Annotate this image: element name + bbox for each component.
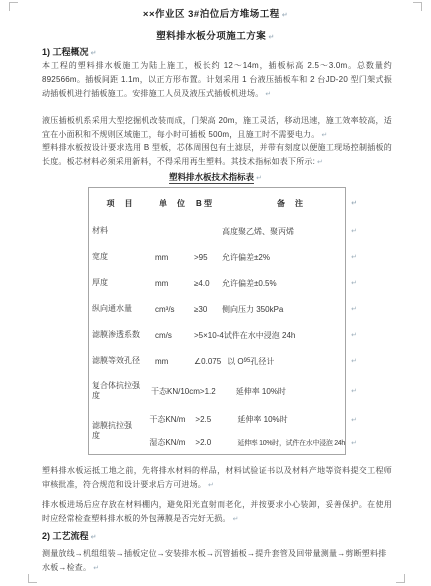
cell-unit: 干态KN/m bbox=[145, 414, 195, 425]
paragraph-text: 排水板进场后应存放在材料棚内，避免阳光直射而老化，并按要求小心装卸，妥善保护。在… bbox=[42, 500, 392, 523]
cell-value-note: 干态KN/10cm>1.2延伸率 10%时 bbox=[151, 386, 345, 397]
cell-value: ≥4.0 bbox=[194, 279, 222, 288]
paragraph-mark-icon: ↵ bbox=[351, 387, 357, 395]
section-2-heading-text: 2) 工艺流程 bbox=[42, 531, 89, 541]
table-row-composite-strength: 复合体抗拉强度 干态KN/10cm>1.2延伸率 10%时 ↵ bbox=[89, 374, 345, 408]
cell-note: 延伸率 10%时 bbox=[237, 414, 345, 425]
table-subrow-dry: 干态KN/m >2.5 延伸率 10%时 ↵ bbox=[145, 408, 345, 431]
corner-mark-bottom-right bbox=[396, 574, 405, 583]
doc-title-line-1: ××作业区 3#泊位后方堆场工程↵ bbox=[0, 6, 431, 20]
doc-title-text: ××作业区 3#泊位后方堆场工程 bbox=[143, 9, 280, 20]
paragraph-mark-icon: ↵ bbox=[351, 199, 357, 207]
cell-note: 试件在水中浸泡 24h bbox=[224, 330, 296, 341]
intro-paragraph-2: 液压插板机系采用大型挖掘机改装而成，门架高 20m，施工灵活，移动迅速，施工效率… bbox=[42, 114, 392, 143]
cell-value: ≥30 bbox=[194, 305, 222, 314]
paragraph-mark-icon: ↵ bbox=[351, 279, 357, 287]
paragraph-mark-icon: ↵ bbox=[91, 534, 97, 541]
cell-value: >1.2 bbox=[200, 387, 216, 396]
cell-note: 允许偏差±0.5% bbox=[222, 278, 345, 289]
cell-item: 纵向通水量 bbox=[89, 304, 151, 314]
paragraph-mark-icon: ↵ bbox=[351, 331, 357, 339]
cell-unit: mm bbox=[151, 357, 194, 366]
corner-mark-bottom-left bbox=[28, 574, 37, 583]
cell-note-suffix: 孔径计 bbox=[250, 356, 274, 367]
cell-unit: 干态KN/10cm bbox=[151, 386, 200, 397]
paragraph-mark-icon: ↵ bbox=[351, 227, 357, 235]
cell-unit: mm bbox=[151, 253, 194, 262]
process-flow-paragraph: 测量放线→机组组装→插板定位→安装排水板→沉管插板→提升套管及回带量测量→剪断塑… bbox=[42, 547, 392, 576]
section-1-heading: 1) 工程概况↵ bbox=[42, 45, 96, 58]
paragraph-mark-icon: ↵ bbox=[351, 439, 357, 447]
cell-item: 复合体抗拉强度 bbox=[89, 381, 151, 401]
cell-value: >2.0 bbox=[195, 438, 237, 447]
cell-item: 宽度 bbox=[89, 252, 151, 262]
after-paragraph-2: 排水板进场后应存放在材料棚内，避免阳光直射而老化，并按要求小心装卸，妥善保护。在… bbox=[42, 498, 392, 527]
cell-item: 材料 bbox=[89, 226, 151, 236]
table-row-width: 宽度 mm >95 允许偏差±2% ↵ bbox=[89, 244, 345, 270]
paragraph-mark-icon: ↵ bbox=[282, 12, 288, 19]
doc-subtitle-text: 塑料排水板分项施工方案 bbox=[156, 31, 266, 42]
cell-note: 高度聚乙烯、聚丙烯 bbox=[222, 226, 345, 237]
cell-unit: 湿态KN/m bbox=[145, 437, 195, 448]
cell-unit: cm/s bbox=[151, 331, 194, 340]
cell-note: 延伸率 10%时 bbox=[236, 386, 286, 397]
cell-value: >2.5 bbox=[195, 415, 237, 424]
cell-item: 滤膜等效孔径 bbox=[89, 356, 151, 366]
paragraph-mark-icon: ↵ bbox=[265, 91, 271, 98]
table-row-thickness: 厚度 mm ≥4.0 允许偏差±0.5% ↵ bbox=[89, 270, 345, 296]
paragraph-mark-icon: ↵ bbox=[321, 132, 327, 139]
cell-item: 厚度 bbox=[89, 278, 151, 288]
intro-paragraph-3: 塑料排水板按设计要求选用 B 型板，芯体周围包有土滤层，并带有刻度以便施工现场控… bbox=[42, 141, 392, 170]
cell-item: 滤膜渗透系数 bbox=[89, 330, 151, 340]
cell-note-subscript: 95 bbox=[244, 358, 251, 364]
cell-value: ∠0.075 bbox=[194, 357, 221, 366]
group-lines: 干态KN/m >2.5 延伸率 10%时 ↵ 湿态KN/m >2.0 延伸率 1… bbox=[145, 408, 345, 454]
paragraph-text: 液压插板机系采用大型挖掘机改装而成，门架高 20m，施工灵活，移动迅速，施工效率… bbox=[42, 116, 392, 139]
cell-note: 侧向压力 350kPa bbox=[222, 304, 345, 315]
table-row-pore-size: 滤膜等效孔径 mm ∠0.075以 O95孔径计 ↵ bbox=[89, 348, 345, 374]
cell-unit: mm bbox=[151, 279, 194, 288]
after-paragraph-1: 塑料排水板运抵工地之前，先将排水材料的样品，材料试验证书以及材料产地等资料提交工… bbox=[42, 464, 392, 493]
cell-note: 允许偏差±2% bbox=[222, 252, 345, 263]
paragraph-mark-icon: ↵ bbox=[256, 175, 262, 182]
paragraph-mark-icon: ↵ bbox=[93, 565, 99, 572]
paragraph-text: 塑料排水板按设计要求选用 B 型板，芯体周围包有土滤层，并带有刻度以便施工现场控… bbox=[42, 143, 392, 166]
cell-value: >5×10-4 bbox=[194, 331, 224, 340]
cell-item: 滤膜抗拉强度 bbox=[89, 421, 145, 441]
document-page: ××作业区 3#泊位后方堆场工程↵ 塑料排水板分项施工方案↵ 1) 工程概况↵ … bbox=[0, 0, 431, 586]
paragraph-mark-icon: ↵ bbox=[91, 50, 97, 57]
cell-note: 延伸率 10%时，试件在水中浸泡 24h bbox=[237, 438, 345, 448]
table-row-discharge: 纵向通水量 cm³/s ≥30 侧向压力 350kPa ↵ bbox=[89, 296, 345, 322]
spec-table: 项 目 单 位 B 型 备 注 ↵ 材料 高度聚乙烯、聚丙烯 ↵ 宽度 mm >… bbox=[88, 187, 346, 455]
cell-value-note: >5×10-4试件在水中浸泡 24h bbox=[194, 330, 345, 341]
cell-unit: cm³/s bbox=[151, 305, 194, 314]
paragraph-mark-icon: ↵ bbox=[317, 159, 323, 166]
table-header-row: 项 目 单 位 B 型 备 注 ↵ bbox=[89, 188, 345, 218]
intro-paragraph-1: 本工程的塑料排水板施工为陆上施工，板长约 12～14m，插板标高 2.5～3.0… bbox=[42, 59, 392, 101]
table-row-membrane-strength: 滤膜抗拉强度 干态KN/m >2.5 延伸率 10%时 ↵ 湿态KN/m >2.… bbox=[89, 408, 345, 454]
section-1-heading-text: 1) 工程概况 bbox=[42, 47, 89, 57]
doc-title-line-2: 塑料排水板分项施工方案↵ bbox=[0, 28, 431, 42]
table-subrow-wet: 湿态KN/m >2.0 延伸率 10%时，试件在水中浸泡 24h ↵ bbox=[145, 431, 345, 454]
paragraph-mark-icon: ↵ bbox=[233, 516, 239, 523]
paragraph-mark-icon: ↵ bbox=[208, 482, 214, 489]
cell-note-prefix: 以 O bbox=[227, 356, 243, 367]
header-item: 项 目 bbox=[89, 198, 151, 209]
header-type: B 型 bbox=[194, 198, 236, 209]
paragraph-mark-icon: ↵ bbox=[351, 305, 357, 313]
paragraph-text: 本工程的塑料排水板施工为陆上施工，板长约 12～14m，插板标高 2.5～3.0… bbox=[42, 61, 392, 98]
table-title: 塑料排水板技术指标表 bbox=[169, 172, 254, 184]
table-title-row: 塑料排水板技术指标表↵ bbox=[0, 167, 431, 185]
paragraph-mark-icon: ↵ bbox=[351, 357, 357, 365]
table-row-permeability: 滤膜渗透系数 cm/s >5×10-4试件在水中浸泡 24h ↵ bbox=[89, 322, 345, 348]
paragraph-mark-icon: ↵ bbox=[351, 253, 357, 261]
header-note: 备 注 bbox=[236, 198, 345, 209]
table-row-material: 材料 高度聚乙烯、聚丙烯 ↵ bbox=[89, 218, 345, 244]
cell-value: >95 bbox=[194, 253, 222, 262]
header-unit: 单 位 bbox=[151, 198, 194, 209]
paragraph-mark-icon: ↵ bbox=[351, 416, 357, 424]
cell-value-note: ∠0.075以 O95孔径计 bbox=[194, 356, 345, 367]
paragraph-mark-icon: ↵ bbox=[268, 34, 274, 41]
section-2-heading: 2) 工艺流程↵ bbox=[42, 529, 96, 542]
paragraph-text: 塑料排水板运抵工地之前，先将排水材料的样品，材料试验证书以及材料产地等资料提交工… bbox=[42, 466, 392, 489]
